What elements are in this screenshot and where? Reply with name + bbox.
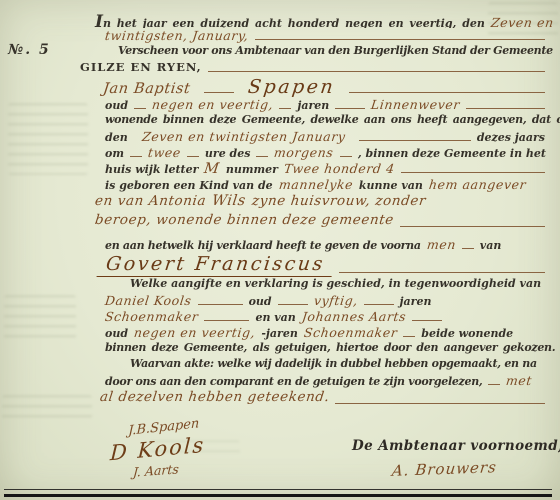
signature-witness2: J. Aarts (133, 461, 180, 479)
witness2-occupation: Schoenmaker (303, 325, 398, 340)
witnesses-residence-line: binnen deze Gemeente, als getuigen, hier… (0, 341, 560, 357)
witness2-age: negen en veertig, (133, 325, 256, 340)
closing-line-3: al dezelven hebben geteekend. (0, 389, 560, 408)
declarant-age-occupation-line: oud negen en veertig, jaren Linnenwever (0, 97, 560, 113)
fill-rule (364, 304, 394, 305)
jaren-label: jaren (400, 295, 432, 308)
witnesses-residence-text: binnen deze Gemeente, als getuigen, hier… (105, 341, 555, 354)
registrar-line: Verscheen voor ons Ambtenaar van den Bur… (0, 44, 560, 60)
birth-date-line: den Zeven en twintigsten January dezes j… (0, 129, 560, 145)
witnesses-intro-line: Welke aangifte en verklaring is geschied… (0, 277, 560, 293)
official-title-text: De Ambtenaar voornoemd, (352, 438, 560, 454)
fill-rule (412, 320, 442, 321)
given-names-intro-line: en aan hetwelk hij verklaard heeft te ge… (0, 237, 560, 253)
fill-rule (335, 403, 545, 404)
witness1-occupation: Schoenmaker (104, 309, 199, 324)
father-reference: hem aangever (428, 177, 527, 192)
house-wijk-label: huis wijk letter (105, 163, 198, 176)
mother-surname: Wils (211, 193, 247, 209)
witness1-line: Daniel Kools oud vyftig, jaren (0, 293, 560, 309)
house-number: Twee honderd 4 (283, 161, 396, 176)
fill-rule (488, 384, 500, 385)
municipality-line: GILZE EN RYEN, (0, 60, 560, 76)
birth-date-handwritten: Zeven en twintigsten January (133, 129, 355, 145)
fill-rule (359, 140, 471, 141)
residence-line: wonende binnen deze Gemeente, dewelke aa… (0, 113, 560, 129)
declarant-age: negen en veertig, (151, 97, 274, 112)
kunne-van-label: kunne van (359, 179, 423, 192)
van-label: van (480, 239, 502, 252)
residence-printed-text: wonende binnen deze Gemeente, dewelke aa… (105, 113, 560, 126)
declarant-occupation: Linnenwever (370, 97, 461, 112)
witness1-age: vyftig, (313, 293, 359, 308)
fill-rule (204, 320, 249, 321)
closing-text-1: Waarvan akte: welke wij dadelijk in dubb… (130, 357, 537, 370)
fill-rule (349, 92, 545, 93)
day-number-handwritten: Zeven en (490, 15, 555, 28)
municipality-name: GILZE EN RYEN, (80, 60, 202, 74)
child-name: Govert Franciscus (97, 253, 335, 277)
date-handwritten: twintigsten, January, (104, 28, 249, 43)
fill-rule (134, 108, 146, 109)
witness2-name: Johannes Aarts (301, 309, 407, 324)
mother-occupation-line: beroep, wonende binnen deze gemeente (0, 212, 560, 231)
mother-name-line: en van Antonia Wils zyne huisvrouw, zond… (0, 193, 560, 212)
om-label: om (105, 147, 124, 160)
closing-hand-signed: al dezelven hebben geteekend. (99, 389, 330, 405)
given-names-printed-text: en aan hetwelk hij verklaard heeft te ge… (105, 239, 421, 252)
mother-prefix: en van Antonia (94, 193, 207, 209)
beide-wonende-label: beide wonende (421, 327, 513, 340)
fill-rule (130, 156, 142, 157)
time-of-day: morgens (274, 145, 335, 160)
fill-rule (187, 156, 199, 157)
oud-label: oud (105, 327, 128, 340)
year-printed-text: In het jaar een duizend acht honderd neg… (95, 12, 485, 28)
fill-rule (401, 172, 545, 173)
witness2-age-line: oud negen en veertig, -jaren Schoenmaker… (0, 325, 560, 341)
signature-official: A. Brouwers (391, 458, 498, 480)
fill-rule (403, 336, 415, 337)
fill-rule (340, 156, 352, 157)
scanned-birth-certificate-page: { "colors":{ "paper":"#e6e9d3", "printed… (0, 0, 560, 500)
mother-occupation: beroep, wonende binnen deze gemeente (94, 212, 395, 228)
registrar-printed-text: Verscheen voor ons Ambtenaar van den Bur… (118, 44, 553, 57)
declarant-given-name: Jan Baptist (94, 81, 200, 97)
dezes-jaars-label: dezes jaars (477, 131, 545, 144)
born-child-label: is geboren een Kind van de (105, 179, 273, 192)
voornamen-suffix: men (426, 237, 457, 252)
jaren-label: -jaren (261, 327, 297, 340)
years-label: jaren (297, 99, 329, 112)
fill-rule (335, 108, 365, 109)
fill-rule (278, 304, 308, 305)
birth-hour: twee (147, 145, 182, 160)
wijk-letter: M (203, 161, 220, 177)
fill-rule (208, 71, 545, 72)
fill-rule (204, 92, 234, 93)
fill-rule (466, 108, 545, 109)
oud-label: oud (249, 295, 272, 308)
date-line: twintigsten, January, (0, 28, 560, 44)
fill-rule (462, 248, 474, 249)
closing-line-2: door ons aan den comparant en de getuige… (0, 373, 560, 389)
fill-rule (255, 39, 545, 40)
age-label: oud (105, 99, 128, 112)
fill-rule (256, 156, 268, 157)
declarant-name-line: Jan Baptist Spapen (0, 76, 560, 97)
birth-certificate-act: №. 5 In het jaar een duizend acht honder… (0, 12, 560, 408)
signature-witness1: D Kools (110, 433, 206, 466)
child-sex: mannelyke (278, 177, 354, 192)
house-address-line: huis wijk letter M nummer Twee honderd 4 (0, 161, 560, 177)
fill-rule (339, 272, 545, 273)
witness1-name: Daniel Kools (104, 293, 192, 308)
act-number: №. 5 (8, 42, 51, 58)
nummer-label: nummer (226, 163, 278, 176)
closing-hand-met: met (506, 373, 534, 388)
declarant-surname: Spapen (239, 76, 345, 97)
birth-time-line: om twee ure des morgens , binnen deze Ge… (0, 145, 560, 161)
fill-rule (198, 304, 243, 305)
closing-line-1: Waarvan akte: welke wij dadelijk in dubb… (0, 357, 560, 373)
den-label: den (105, 131, 128, 144)
en-van-label: en van (255, 311, 295, 324)
bottom-page-divider (4, 489, 552, 497)
year-line: In het jaar een duizend acht honderd neg… (0, 12, 560, 28)
fill-rule (400, 226, 545, 227)
child-sex-line: is geboren een Kind van de mannelyke kun… (0, 177, 560, 193)
closing-text-2: door ons aan den comparant en de getuige… (105, 375, 482, 388)
child-name-line: Govert Franciscus (0, 253, 560, 277)
fill-rule (279, 108, 291, 109)
gemeente-printed-text: , binnen deze Gemeente in het (358, 147, 546, 160)
witness2-line: Schoenmaker en van Johannes Aarts (0, 309, 560, 325)
ure-des-label: ure des (205, 147, 251, 160)
witnesses-intro-text: Welke aangifte en verklaring is geschied… (130, 277, 541, 290)
mother-suffix: zyne huisvrouw, zonder (251, 193, 427, 209)
